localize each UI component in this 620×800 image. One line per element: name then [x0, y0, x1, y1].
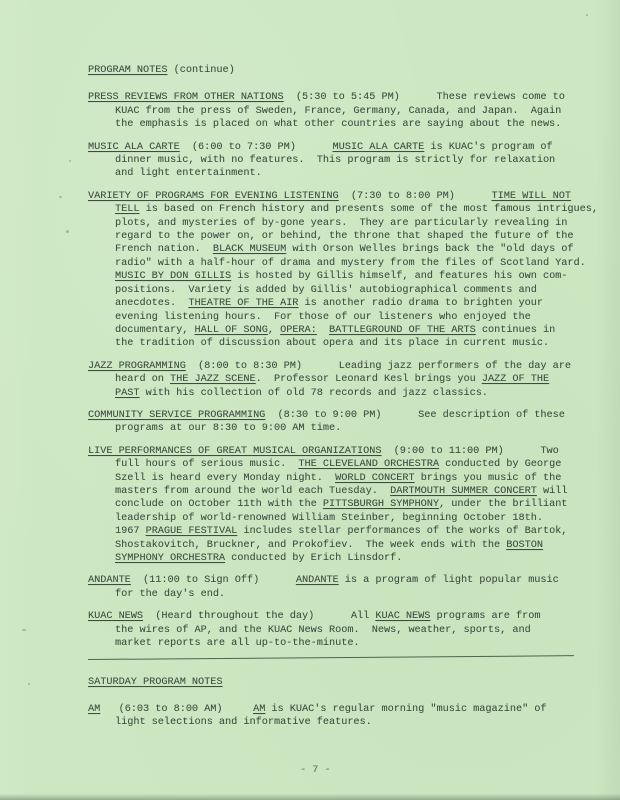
underlined-text: OPERA: [280, 325, 317, 336]
text: with his collection of old 78 records an… [139, 388, 487, 399]
underlined-text: PRAGUE FESTIVAL [146, 526, 238, 537]
program-entry-am: AM (6:03 to 8:00 AM) AM is KUAC's regula… [88, 703, 612, 730]
text: (7:30 to 8:00 PM) [339, 191, 492, 202]
underlined-text: WORLD CONCERT [335, 473, 414, 484]
underlined-text: KUAC NEWS [88, 611, 143, 622]
underlined-text: HALL OF SONG [194, 325, 267, 336]
underlined-text: PROGRAM NOTES [88, 65, 167, 76]
underlined-text: COMMUNITY SERVICE PROGRAMMING [88, 410, 265, 421]
text: (Heard throughout the day) All [143, 611, 375, 622]
page-heading: PROGRAM NOTES (continue) [88, 64, 612, 77]
underlined-text: ANDANTE [88, 575, 131, 586]
program-entry-jazz-programming: JAZZ PROGRAMMING (8:00 to 8:30 PM) Leadi… [88, 360, 612, 400]
text: . Professor Leonard Kesl brings you [256, 374, 482, 385]
paper-speck [66, 230, 69, 233]
underlined-text: AM [88, 704, 100, 715]
saturday-sections: AM (6:03 to 8:00 AM) AM is KUAC's regula… [88, 703, 612, 730]
paper-speck [586, 14, 588, 16]
paper-speck [69, 160, 71, 162]
underlined-text: DARTMOUTH SUMMER CONCERT [390, 486, 537, 497]
paper-speck [22, 629, 26, 631]
program-entry-live-performances: LIVE PERFORMANCES OF GREAT MUSICAL ORGAN… [88, 445, 612, 566]
text: conducted by Erich Linsdorf. [225, 553, 402, 564]
program-entry-community-service: COMMUNITY SERVICE PROGRAMMING (8:30 to 9… [88, 409, 612, 436]
program-entry-andante: ANDANTE (11:00 to Sign Off) ANDANTE is a… [88, 574, 612, 601]
document-page: PROGRAM NOTES (continue) PRESS REVIEWS F… [0, 0, 620, 800]
underlined-text: LIVE PERFORMANCES OF GREAT MUSICAL ORGAN… [88, 446, 381, 457]
program-entry-music-ala-carte: MUSIC ALA CARTE (6:00 to 7:30 PM) MUSIC … [88, 141, 612, 181]
underlined-text: PITTSBURGH SYMPHONY [323, 499, 439, 510]
page-content: PROGRAM NOTES (continue) PRESS REVIEWS F… [88, 64, 612, 777]
program-entry-variety-evening-listening: VARIETY OF PROGRAMS FOR EVENING LISTENIN… [88, 190, 612, 351]
underlined-text: JAZZ PROGRAMMING [88, 361, 186, 372]
underlined-text: THE CLEVELAND ORCHESTRA [298, 459, 439, 470]
underlined-text: MUSIC ALA CARTE [333, 142, 425, 153]
underlined-text: BLACK MUSEUM [213, 244, 286, 255]
paper-speck [28, 683, 30, 685]
underlined-text: PRESS REVIEWS FROM OTHER NATIONS [88, 92, 284, 103]
underlined-text: THEATRE OF THE AIR [188, 298, 298, 309]
paper-speck [59, 196, 62, 198]
text [317, 325, 329, 336]
underlined-text: ANDANTE [296, 575, 339, 586]
text: (11:00 to Sign Off) [131, 575, 296, 586]
underlined-text: THE JAZZ SCENE [170, 374, 256, 385]
underlined-text: MUSIC ALA CARTE [88, 142, 180, 153]
underlined-text: KUAC NEWS [375, 611, 430, 622]
underlined-text: MUSIC BY DON GILLIS [115, 271, 231, 282]
text: (6:00 to 7:30 PM) [180, 142, 333, 153]
page-number: - 7 - [88, 764, 612, 777]
section-divider [88, 656, 574, 661]
program-sections: PRESS REVIEWS FROM OTHER NATIONS (5:30 t… [88, 91, 612, 650]
text: , [268, 325, 280, 336]
text: (6:03 to 8:00 AM) [100, 704, 253, 715]
saturday-heading: SATURDAY PROGRAM NOTES [88, 676, 612, 689]
program-entry-kuac-news: KUAC NEWS (Heard throughout the day) All… [88, 610, 612, 650]
underlined-text: AM [253, 704, 265, 715]
underlined-text: VARIETY OF PROGRAMS FOR EVENING LISTENIN… [88, 191, 339, 202]
text: (continue) [167, 65, 234, 76]
program-entry-press-reviews: PRESS REVIEWS FROM OTHER NATIONS (5:30 t… [88, 91, 612, 131]
underlined-text: BATTLEGROUND OF THE ARTS [329, 325, 476, 336]
underlined-text: SATURDAY PROGRAM NOTES [88, 677, 223, 688]
